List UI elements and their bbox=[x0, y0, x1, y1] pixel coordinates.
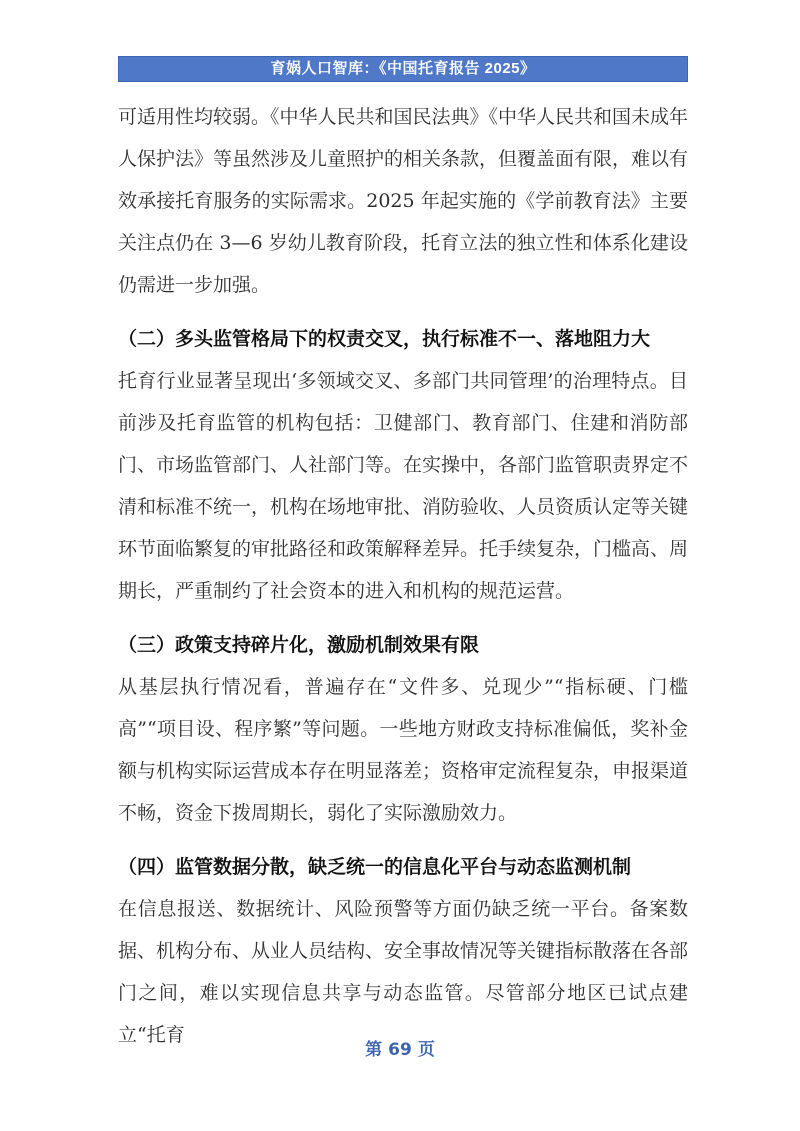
page-number-prefix: 第 bbox=[365, 1040, 382, 1060]
report-title-banner: 育娲人口智库：《中国托育报告 2025》 bbox=[118, 56, 688, 82]
paragraph-data-fragmentation: 在信息报送、数据统计、风险预警等方面仍缺乏统一平台。备案数据、机构分布、从业人员… bbox=[118, 888, 688, 1056]
paragraph-policy-fragmentation: 从基层执行情况看，普遍存在“文件多、兑现少”“指标硬、门槛高”“项目设、程序繁”… bbox=[118, 666, 688, 834]
section-heading-3: （三）政策支持碎片化，激励机制效果有限 bbox=[118, 624, 688, 666]
paragraph-legal-applicability: 可适用性均较弱。《中华人民共和国民法典》《中华人民共和国未成年人保护法》等虽然涉… bbox=[118, 96, 688, 306]
section-heading-2: （二）多头监管格局下的权责交叉，执行标准不一、落地阻力大 bbox=[118, 318, 688, 360]
document-page: 育娲人口智库：《中国托育报告 2025》 可适用性均较弱。《中华人民共和国民法典… bbox=[0, 0, 800, 1131]
page-number: 69 bbox=[382, 1040, 418, 1060]
page-number-suffix: 页 bbox=[418, 1040, 435, 1060]
section-heading-4: （四）监管数据分散，缺乏统一的信息化平台与动态监测机制 bbox=[118, 846, 688, 888]
paragraph-multi-regulator: 托育行业显著呈现出‘多领域交叉、多部门共同管理’的治理特点。目前涉及托育监管的机… bbox=[118, 360, 688, 612]
page-body: 可适用性均较弱。《中华人民共和国民法典》《中华人民共和国未成年人保护法》等虽然涉… bbox=[118, 96, 688, 1056]
page-footer: 第69页 bbox=[0, 1036, 800, 1064]
